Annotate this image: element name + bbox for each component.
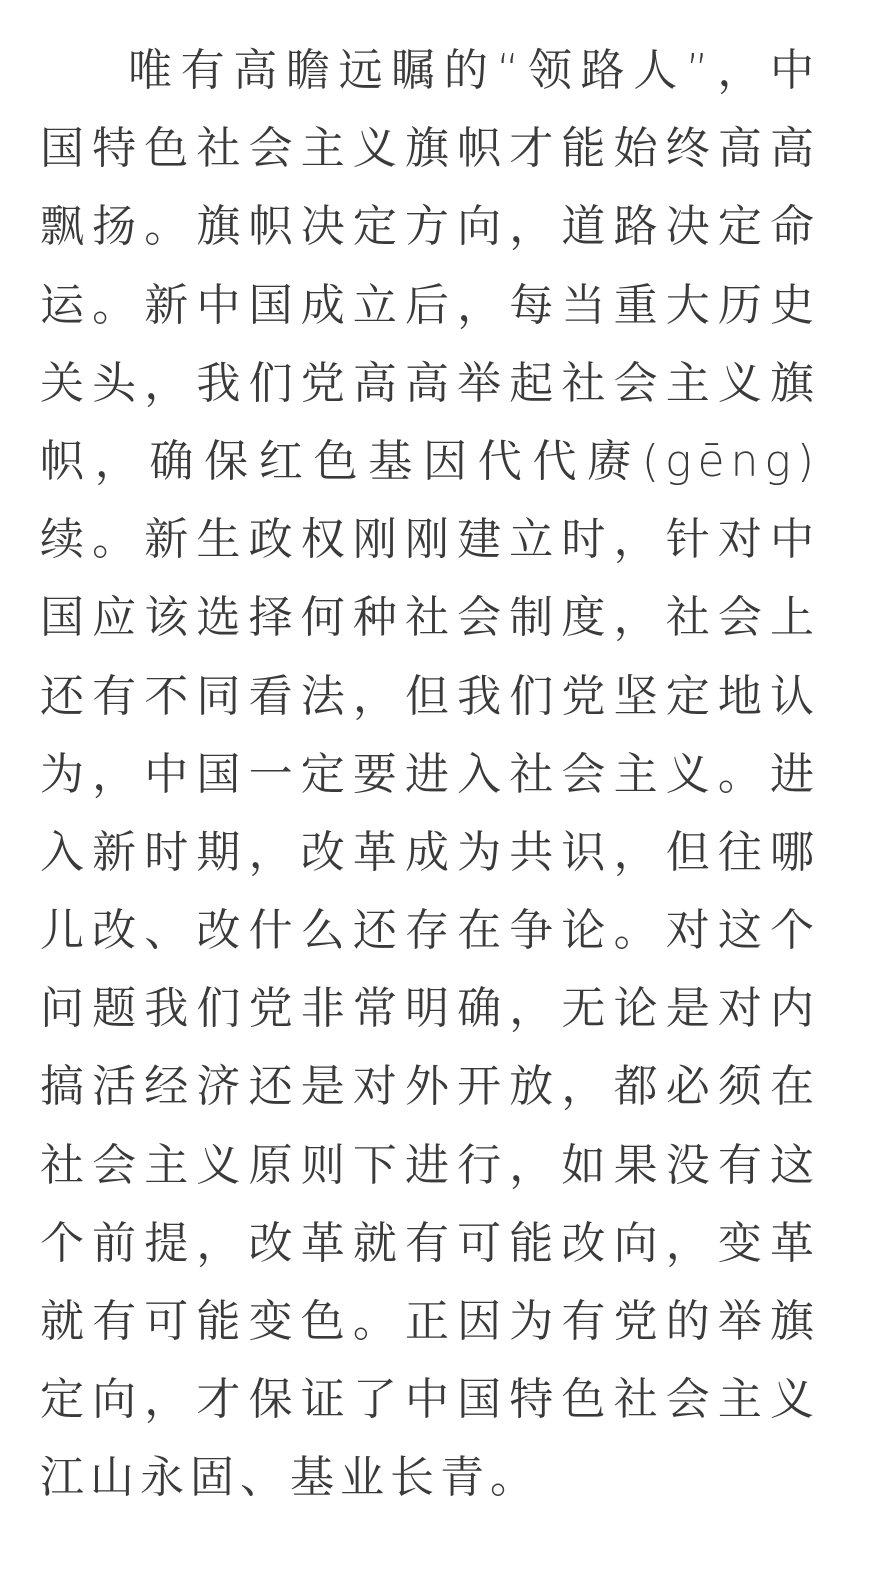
paragraph-line: 儿改、改什么还存在争论。对这个 bbox=[40, 892, 820, 970]
paragraph-line: 国特色社会主义旗帜才能始终高高 bbox=[40, 110, 820, 188]
paragraph-line: 飘扬。旗帜决定方向，道路决定命 bbox=[40, 188, 820, 266]
paragraph-line: 国应该选择何种社会制度，社会上 bbox=[40, 579, 820, 657]
paragraph-line: 唯有高瞻远瞩的“领路人”，中 bbox=[40, 32, 820, 110]
paragraph-line: 还有不同看法，但我们党坚定地认 bbox=[40, 658, 820, 736]
paragraph-line: 续。新生政权刚刚建立时，针对中 bbox=[40, 501, 820, 579]
paragraph-line: 搞活经济还是对外开放，都必须在 bbox=[40, 1048, 820, 1126]
paragraph-line: 为，中国一定要进入社会主义。进 bbox=[40, 736, 820, 814]
paragraph-line: 江山永固、基业长青。 bbox=[40, 1439, 820, 1517]
paragraph-line: 社会主义原则下进行，如果没有这 bbox=[40, 1127, 820, 1205]
paragraph-line: 个前提，改革就有可能改向，变革 bbox=[40, 1205, 820, 1283]
paragraph-line: 定向，才保证了中国特色社会主义 bbox=[40, 1361, 820, 1439]
paragraph-line: 问题我们党非常明确，无论是对内 bbox=[40, 970, 820, 1048]
paragraph-line: 运。新中国成立后，每当重大历史 bbox=[40, 267, 820, 345]
paragraph-line: 帜，确保红色基因代代赓(gēng) bbox=[40, 423, 820, 501]
article-paragraph: 唯有高瞻远瞩的“领路人”，中 国特色社会主义旗帜才能始终高高 飘扬。旗帜决定方向… bbox=[40, 32, 820, 1518]
paragraph-line: 就有可能变色。正因为有党的举旗 bbox=[40, 1283, 820, 1361]
paragraph-line: 关头，我们党高高举起社会主义旗 bbox=[40, 345, 820, 423]
paragraph-line: 入新时期，改革成为共识，但往哪 bbox=[40, 814, 820, 892]
